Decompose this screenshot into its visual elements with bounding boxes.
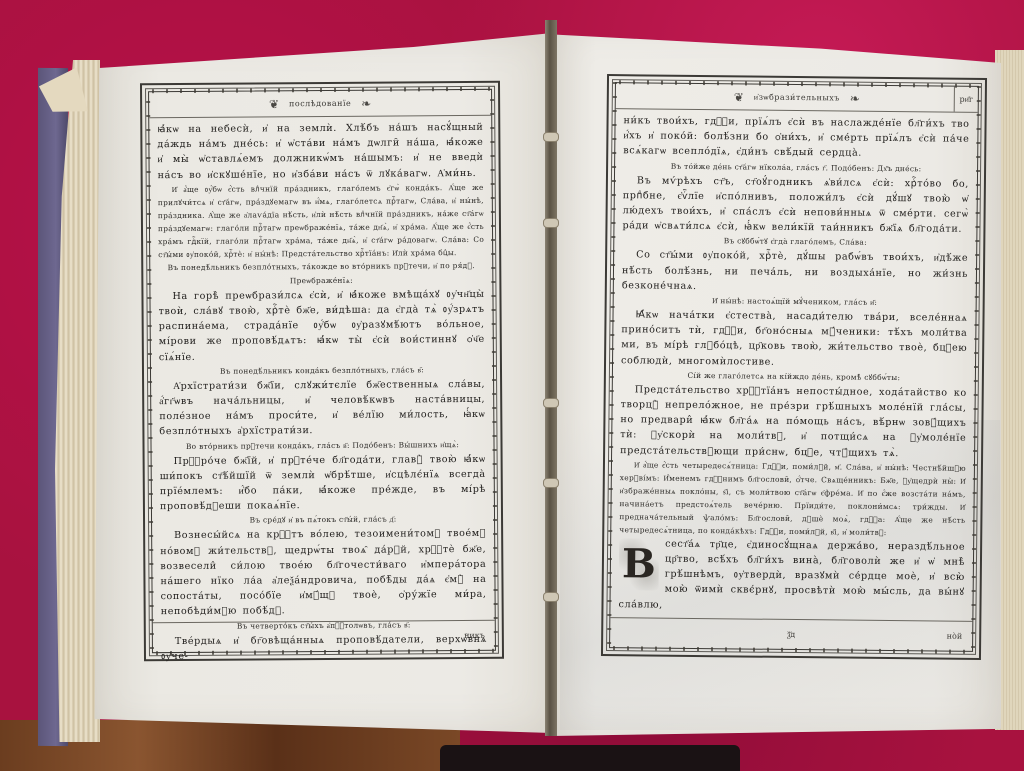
rubric-paragraph: И҆ а҆́ще ᲂу҆́бѡ є҆́сть влⷣчнїй пра́здник…	[158, 181, 485, 261]
left-footer: никъ	[153, 620, 495, 652]
paragraph: Со ст҃ы́ми ᲂу҆поко́й, хрⷭ҇тѐ, дꙋ́шы рабѡ…	[622, 248, 968, 297]
running-head-title: послѣдованїе	[289, 99, 351, 108]
binding-stitch	[543, 218, 559, 228]
paragraph: Ꙗ҆́кѡ нача́тки є҆стества̀, насади́телю т…	[621, 307, 968, 371]
paragraph: Въ мѵ́рѣхъ ст҃ъ, ст҃оꙋ́годникъ ѧ҆ви́лсѧ …	[622, 173, 969, 237]
binding-stitch	[543, 398, 559, 408]
prayer-with-initial: В сест҃а́ѧ тр҃це, є҆диносꙋ́щнаѧ держа́во…	[618, 536, 965, 616]
binding-stitch	[543, 592, 559, 602]
dark-object	[440, 745, 740, 771]
right-running-head: ❦ и҆зѡбрази́тельныхъ ❧ ри҃г	[616, 83, 978, 113]
paragraph: ни́къ твои́хъ, гдⷭ҇и, прїѧ́лъ є҆сѝ въ на…	[623, 113, 969, 162]
right-page-frame: ❦ и҆зѡбрази́тельныхъ ❧ ри҃г ни́къ твои́х…	[601, 74, 987, 660]
running-head-title: и҆зѡбрази́тельныхъ	[754, 93, 840, 103]
paragraph: Вознесы́йсѧ на крⷭ҇тъ во́лею, тезоимени́…	[160, 526, 487, 619]
fleuron-icon: ❦	[734, 90, 744, 104]
signature-mark: ѯ҃д	[787, 630, 795, 639]
left-page-frame: ❦ послѣдованїе ❧ ꙗ҆́кѡ на небесѝ, и҆ на …	[140, 81, 504, 661]
rubric-paragraph: И҆ а҆́ще є҆́сть четыредесѧ́тница: Гдⷭ҇и,…	[619, 458, 966, 540]
right-text-block: ни́къ твои́хъ, гдⷭ҇и, прїѧ́лъ є҆сѝ въ на…	[610, 109, 977, 616]
binding-stitch	[543, 478, 559, 488]
paragraph: сест҃а́ѧ тр҃це, є҆диносꙋ́щнаѧ держа́во, …	[618, 536, 965, 616]
illuminated-initial: В	[619, 538, 660, 590]
left-running-head: ❦ послѣдованїе ❧	[149, 90, 491, 118]
catchword: никъ	[464, 631, 485, 640]
right-footer: ѯ҃д но̀й	[610, 617, 972, 651]
left-text-block: ꙗ҆́кѡ на небесѝ, и҆ на землѝ. Хлѣ́бъ на́…	[149, 116, 495, 664]
paragraph: Прⷪ҇ро́че бж҃їй, и҆ прⷣте́че бл҃года́ти,…	[160, 452, 486, 515]
paragraph: А҆рхїстрати́зи бж҃їи, слꙋжи́тєлїе бж҃ест…	[159, 377, 485, 440]
folio-number: ри҃г	[954, 87, 978, 112]
binding-stitch	[543, 132, 559, 142]
catchword: но̀й	[947, 632, 963, 641]
fleuron-icon: ❧	[361, 96, 371, 110]
book-spine	[545, 20, 557, 736]
rubric: Въ понедѣ́льникъ безпло́тныхъ, та́кожде …	[158, 259, 484, 289]
paragraph: Предста́тельство хрⷭ҇тїа́нъ непосты́дное…	[620, 382, 967, 462]
paragraph: ꙗ҆́кѡ на небесѝ, и҆ на землѝ. Хлѣ́бъ на́…	[157, 120, 483, 183]
fleuron-icon: ❧	[850, 91, 860, 105]
fleuron-icon: ❦	[269, 97, 279, 111]
paragraph: На горѣ̀ преѡбрази́лсѧ є҆сѝ, и҆ ꙗ҆́коже …	[158, 287, 485, 365]
